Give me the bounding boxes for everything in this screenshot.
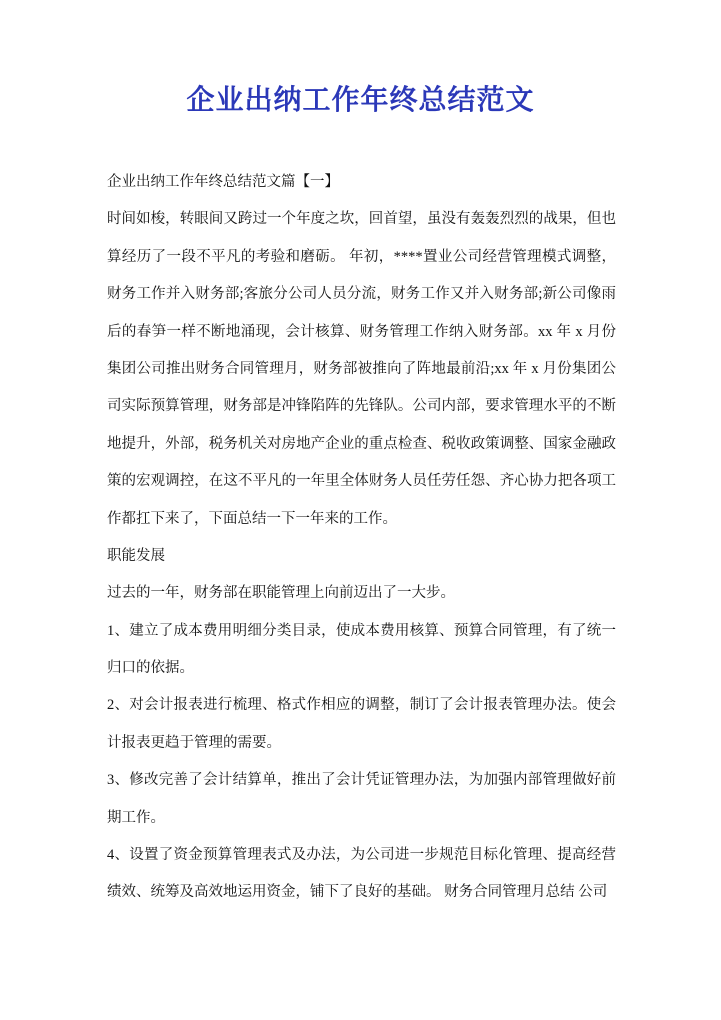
text-line: 作都扛下来了，下面总结一下一年来的工作。 [107,501,616,538]
text-line: 4、设置了资金预算管理表式及办法，为公司进一步规范目标化管理、提高经营 [107,837,616,874]
section-heading: 企业出纳工作年终总结范文篇【一】 [107,164,616,201]
text-line: 3、修改完善了会计结算单，推出了会计凭证管理办法，为加强内部管理做好前 [107,762,616,799]
document-page: 企业出纳工作年终总结范文 企业出纳工作年终总结范文篇【一】 时间如梭，转眼间又跨… [0,0,721,1020]
text-line: 1、建立了成本费用明细分类目录，使成本费用核算、预算合同管理，有了统一 [107,613,616,650]
text-line: 绩效、统筹及高效地运用资金，铺下了良好的基础。 财务合同管理月总结 公司 [107,874,616,911]
text-line: 集团公司推出财务合同管理月，财务部被推向了阵地最前沿;xx 年 x 月份集团公 [107,351,616,388]
text-line: 过去的一年，财务部在职能管理上向前迈出了一大步。 [107,575,616,612]
document-body: 企业出纳工作年终总结范文篇【一】 时间如梭，转眼间又跨过一个年度之坎，回首望，虽… [107,164,616,912]
text-line: 计报表更趋于管理的需要。 [107,725,616,762]
text-line: 策的宏观调控，在这不平凡的一年里全体财务人员任劳任怨、齐心协力把各项工 [107,463,616,500]
section-heading: 职能发展 [107,538,616,575]
text-line: 归口的依据。 [107,650,616,687]
text-line: 算经历了一段不平凡的考验和磨砺。 年初，****置业公司经营管理模式调整， [107,239,616,276]
text-line: 地提升，外部，税务机关对房地产企业的重点检查、税收政策调整、国家金融政 [107,426,616,463]
text-line: 财务工作并入财务部;客旅分公司人员分流，财务工作又并入财务部;新公司像雨 [107,276,616,313]
document-title: 企业出纳工作年终总结范文 [0,84,721,118]
text-line: 期工作。 [107,800,616,837]
text-line: 2、对会计报表进行梳理、格式作相应的调整，制订了会计报表管理办法。使会 [107,687,616,724]
text-line: 后的春笋一样不断地涌现，会计核算、财务管理工作纳入财务部。xx 年 x 月份 [107,314,616,351]
text-line: 时间如梭，转眼间又跨过一个年度之坎，回首望，虽没有轰轰烈烈的战果，但也 [107,201,616,238]
text-line: 司实际预算管理，财务部是冲锋陷阵的先锋队。公司内部，要求管理水平的不断 [107,388,616,425]
